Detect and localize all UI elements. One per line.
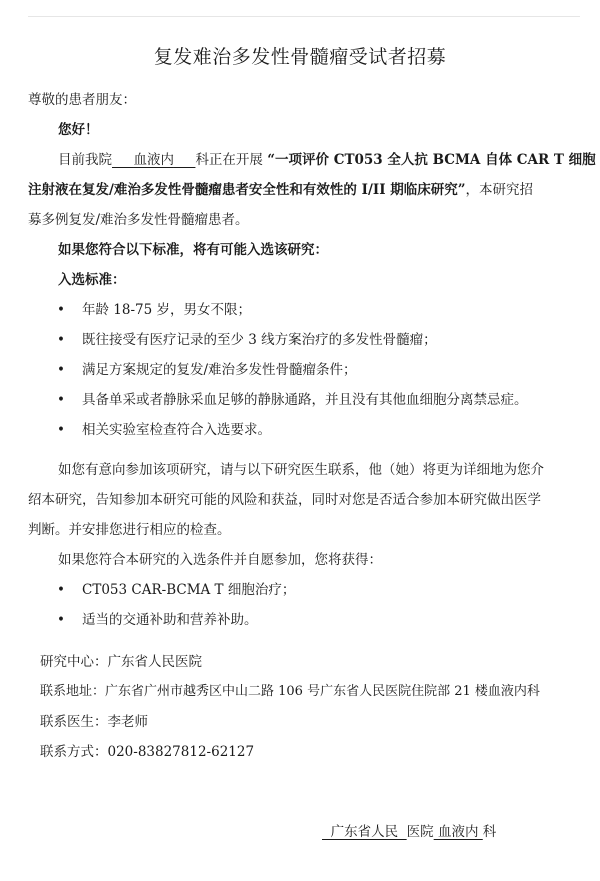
intro-prefix: 目前我院 — [58, 152, 112, 168]
signature-hospital-suffix: 医院 — [407, 824, 434, 840]
contact-para-line: 如您有意向参加该项研究，请与以下研究医生联系，他（她）将更为详细地为您介 — [58, 458, 544, 478]
benefit-item: •适当的交通补助和营养补助。 — [57, 608, 258, 628]
contact-para-line: 判断。并安排您进行相应的检查。 — [28, 518, 231, 538]
salutation: 尊敬的患者朋友： — [28, 88, 136, 108]
criteria-item: •具备单采或者静脉采血足够的静脉通路，并且没有其他血细胞分离禁忌症。 — [57, 388, 528, 408]
department-blank: 血液内 — [112, 152, 195, 168]
criteria-item: •既往接受有医疗记录的至少 3 线方案治疗的多发性骨髓瘤； — [57, 328, 437, 348]
bullet-icon: • — [57, 392, 82, 408]
signature-dept-suffix: 科 — [483, 824, 497, 840]
criteria-item: •满足方案规定的复发/难治多发性骨髓瘤条件； — [57, 358, 357, 378]
research-center: 研究中心：广东省人民医院 — [40, 650, 202, 670]
bullet-icon: • — [57, 302, 82, 318]
criteria-heading: 如果您符合以下标准，将有可能入选该研究： — [58, 238, 328, 258]
intro-after-blank: 科正在开展 — [195, 152, 263, 168]
signature: 广东省人民 医院 血液内 科 — [322, 820, 496, 840]
bullet-icon: • — [57, 362, 82, 378]
contact-phone: 联系方式：020-83827812-62127 — [40, 740, 254, 760]
signature-dept-blank: 血液内 — [434, 824, 483, 840]
contact-para-line: 绍本研究，告知参加本研究可能的风险和获益，同时对您是否适合参加本研究做出医学 — [28, 488, 541, 508]
bullet-icon: • — [57, 582, 82, 598]
criteria-item: •相关实验室检查符合入选要求。 — [57, 418, 271, 438]
greeting: 您好！ — [58, 118, 99, 138]
bullet-icon: • — [57, 422, 82, 438]
bullet-icon: • — [57, 612, 82, 628]
study-title-line1: “一项评价 CT053 全人抗 BCMA 自体 CAR T 细胞 — [267, 152, 595, 168]
intro-line2-suffix: ，本研究招 — [465, 182, 533, 198]
benefits-heading: 如果您符合本研究的入选条件并自愿参加，您将获得： — [58, 548, 382, 568]
criteria-label: 入选标准： — [58, 268, 126, 288]
top-divider — [28, 16, 580, 17]
intro-line-2: 注射液在复发/难治多发性骨髓瘤患者安全性和有效性的 I/II 期临床研究”，本研… — [28, 178, 533, 198]
study-title-line2: 注射液在复发/难治多发性骨髓瘤患者安全性和有效性的 I/II 期临床研究” — [28, 182, 465, 198]
contact-doctor: 联系医生：李老师 — [40, 710, 148, 730]
intro-line-1: 目前我院 血液内 科正在开展 “一项评价 CT053 全人抗 BCMA 自体 C… — [58, 148, 596, 168]
bullet-icon: • — [57, 332, 82, 348]
contact-address: 联系地址：广东省广州市越秀区中山二路 106 号广东省人民医院住院部 21 楼血… — [40, 680, 540, 699]
signature-hospital-blank: 广东省人民 — [322, 824, 407, 840]
criteria-item: •年龄 18-75 岁，男女不限； — [57, 298, 251, 318]
page-title: 复发难治多发性骨髓瘤受试者招募 — [0, 42, 600, 69]
benefit-item: •CT053 CAR-BCMA T 细胞治疗； — [57, 578, 295, 598]
intro-line-3: 募多例复发/难治多发性骨髓瘤患者。 — [28, 208, 249, 228]
